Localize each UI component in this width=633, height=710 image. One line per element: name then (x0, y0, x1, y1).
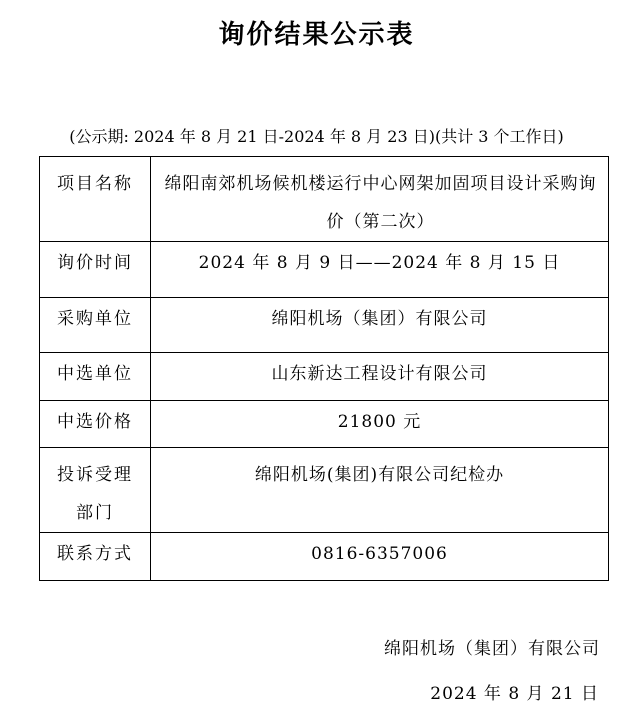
table-row-project-name: 项目名称 绵阳南郊机场候机楼运行中心网架加固项目设计采购询价（第二次） (40, 157, 609, 242)
table-row-selected-price: 中选价格 21800 元 (40, 401, 609, 448)
table-row-complaint-department: 投诉受理部门 绵阳机场(集团)有限公司纪检办 (40, 448, 609, 533)
row-label: 投诉受理部门 (40, 448, 150, 532)
row-label: 询价时间 (40, 242, 150, 276)
row-label: 项目名称 (40, 157, 150, 203)
signature-organization: 绵阳机场（集团）有限公司 (384, 634, 600, 659)
table-row-selected-supplier: 中选单位 山东新达工程设计有限公司 (40, 353, 609, 401)
row-value: 2024 年 8 月 9 日——2024 年 8 月 15 日 (151, 242, 608, 276)
table-row-contact: 联系方式 0816-6357006 (40, 533, 609, 581)
page-title: 询价结果公示表 (0, 14, 633, 51)
row-label: 联系方式 (40, 533, 150, 567)
signature-date: 2024 年 8 月 21 日 (430, 679, 599, 704)
inquiry-result-table: 项目名称 绵阳南郊机场候机楼运行中心网架加固项目设计采购询价（第二次） 询价时间… (39, 156, 609, 581)
row-value: 绵阳南郊机场候机楼运行中心网架加固项目设计采购询价（第二次） (151, 157, 608, 241)
row-label: 采购单位 (40, 298, 150, 332)
table-row-purchaser: 采购单位 绵阳机场（集团）有限公司 (40, 298, 609, 353)
row-label: 中选价格 (40, 401, 150, 435)
row-label: 中选单位 (40, 353, 150, 387)
row-value: 21800 元 (151, 401, 608, 435)
publicity-period: (公示期: 2024 年 8 月 21 日-2024 年 8 月 23 日)(共… (0, 124, 633, 147)
row-value: 绵阳机场(集团)有限公司纪检办 (151, 448, 608, 494)
row-value: 山东新达工程设计有限公司 (151, 353, 608, 387)
row-value: 0816-6357006 (151, 533, 608, 567)
table-row-inquiry-time: 询价时间 2024 年 8 月 9 日——2024 年 8 月 15 日 (40, 242, 609, 298)
row-value: 绵阳机场（集团）有限公司 (151, 298, 608, 332)
